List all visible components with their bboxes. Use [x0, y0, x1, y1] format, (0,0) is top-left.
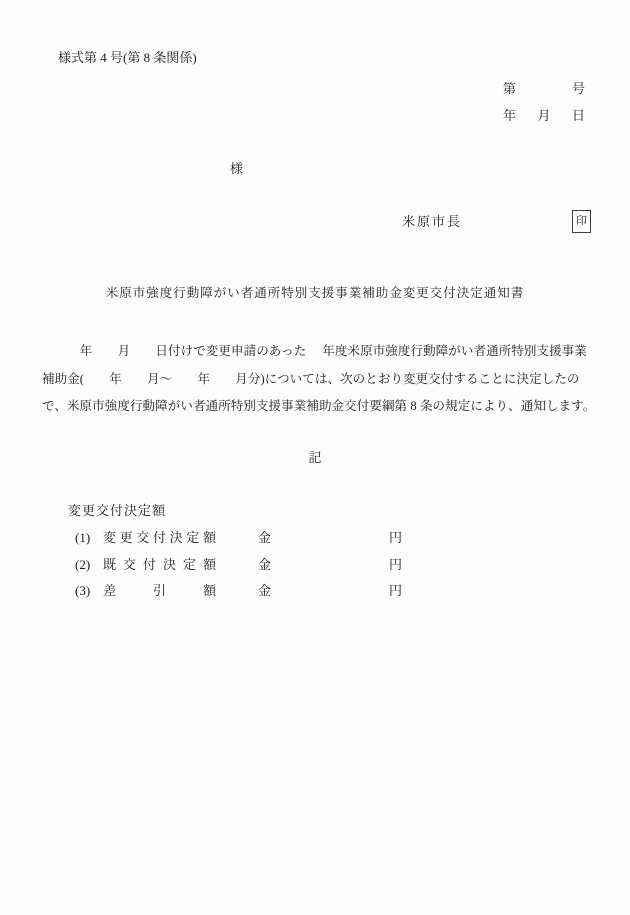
item-unit-yen: 円 — [389, 531, 402, 544]
body-paragraph-line: 年 月 日付けで変更申請のあった 年度米原市強度行動障がい者通所特別支援事業 — [42, 345, 587, 358]
item-label: 既交付決定額 — [103, 558, 216, 571]
item-label: 変更交付決定額 — [103, 531, 216, 544]
addressee-honorific: 様 — [230, 162, 243, 175]
item-unit-yen: 円 — [389, 558, 402, 571]
item-unit-yen: 円 — [389, 584, 402, 597]
item-number: (1) — [75, 531, 90, 544]
doc-number-prefix: 第 — [503, 82, 516, 95]
body-paragraph-line: 補助金( 年 月～ 年 月分)については、次のとおり変更交付することに決定したの — [42, 373, 579, 386]
item-label: 差引額 — [103, 584, 216, 597]
form-number: 様式第 4 号(第 8 条関係) — [58, 51, 197, 64]
doc-number-line: 第 号 — [503, 82, 585, 95]
date-line: 年 月 日 — [503, 109, 585, 122]
item-currency-kin: 金 — [258, 558, 271, 571]
seal-character: 印 — [576, 216, 587, 227]
date-year-label: 年 — [503, 109, 516, 122]
document-page: 様式第 4 号(第 8 条関係) 第 号 年 月 日 様 米原市長 印 米原市強… — [0, 0, 630, 915]
item-currency-kin: 金 — [258, 531, 271, 544]
document-title: 米原市強度行動障がい者通所特別支援事業補助金変更交付決定通知書 — [0, 287, 630, 300]
section-heading-decided-amount: 変更交付決定額 — [68, 504, 166, 517]
item-number: (2) — [75, 558, 90, 571]
sender-mayor-label: 米原市長 — [402, 215, 462, 228]
official-seal-placeholder: 印 — [572, 210, 591, 233]
amount-item-row: (1) 変更交付決定額 金 円 — [0, 531, 630, 547]
body-paragraph-line: で、米原市強度行動障がい者通所特別支援事業補助金交付要綱第 8 条の規定により、… — [42, 400, 595, 413]
doc-number-suffix: 号 — [572, 82, 585, 95]
date-month-label: 月 — [537, 109, 550, 122]
amount-item-row: (2) 既交付決定額 金 円 — [0, 558, 630, 574]
record-marker: 記 — [0, 451, 630, 464]
item-number: (3) — [75, 584, 90, 597]
amount-item-row: (3) 差引額 金 円 — [0, 584, 630, 600]
date-day-label: 日 — [572, 109, 585, 122]
item-currency-kin: 金 — [258, 584, 271, 597]
